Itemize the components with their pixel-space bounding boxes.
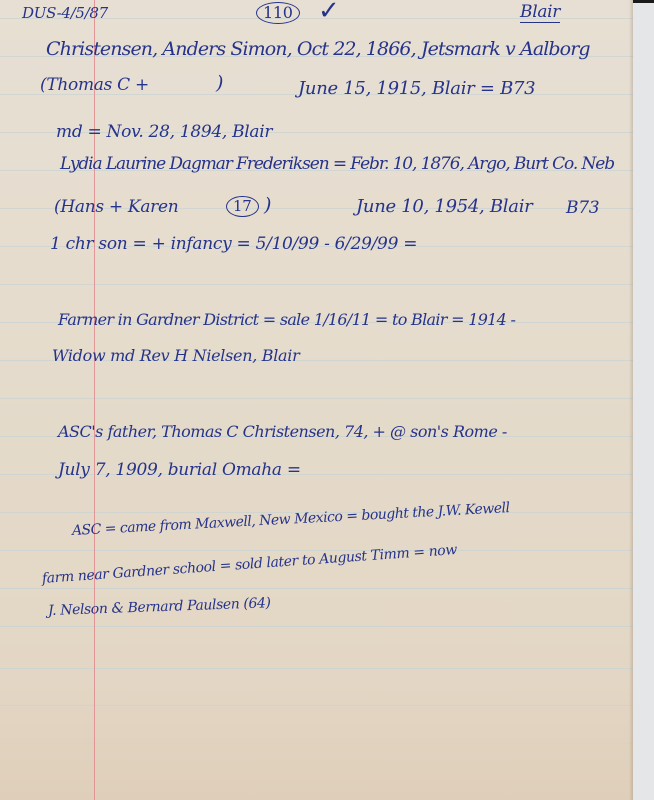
entry-line-11: ASC = came from Maxwell, New Mexico = bo… [72,501,510,538]
checkmark-icon: ✓ [318,0,340,24]
entry-line-10: July 7, 1909, burial Omaha = [58,462,301,479]
entry-line-5-plot: B73 [566,200,599,217]
notebook-page: DUS-4/5/87 110 ✓ Blair Christensen, Ande… [0,0,633,800]
entry-line-7: Farmer in Gardner District = sale 1/16/1… [58,312,515,328]
page-number: 110 [256,2,300,24]
entry-line-6: 1 chr son = + infancy = 5/10/99 - 6/29/9… [50,236,417,253]
scanner-edge [632,0,654,3]
entry-line-13: J. Nelson & Bernard Paulsen (64) [48,596,271,618]
entry-line-5-parents: (Hans + Karen [54,199,178,216]
entry-line-2-death: June 15, 1915, Blair = B73 [298,80,535,98]
circled-number: 17 [226,196,259,217]
entry-line-5-close: ) [264,196,271,215]
entry-line-9: ASC's father, Thomas C Christensen, 74, … [58,424,507,440]
entry-line-1: Christensen, Anders Simon, Oct 22, 1866,… [46,40,590,59]
entry-line-2-parents: (Thomas C + [40,77,149,94]
initials-date: DUS-4/5/87 [22,6,108,21]
location-header: Blair [520,4,560,21]
entry-line-2-close: ) [216,74,223,93]
page-number-circled: 110 [256,2,300,24]
entry-line-8: Widow md Rev H Nielsen, Blair [52,348,299,364]
entry-line-5-circled-wrap: 17 [226,196,259,217]
entry-line-4: Lydia Laurine Dagmar Frederiksen = Febr.… [60,156,614,173]
entry-line-3: md = Nov. 28, 1894, Blair [56,124,272,141]
location-text: Blair [520,2,560,23]
entry-line-5-death: June 10, 1954, Blair [356,198,532,216]
margin-line [94,0,95,800]
